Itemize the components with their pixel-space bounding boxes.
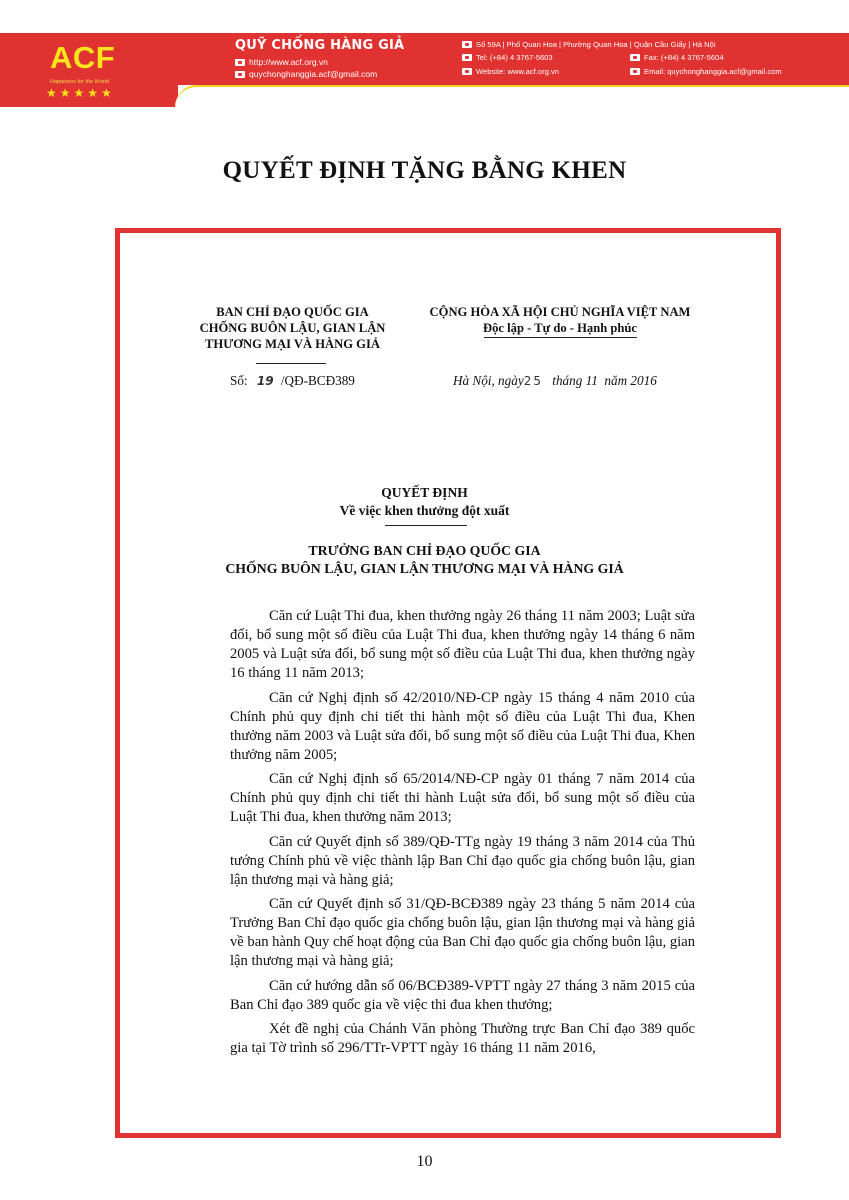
legal-basis-paragraph: Căn cứ Luật Thi đua, khen thưởng ngày 26… <box>230 607 695 683</box>
document-number: Số: 19 /QĐ-BCĐ389 <box>230 373 355 389</box>
address-text: Số 59A | Phố Quan Hoa | Phường Quan Hoa … <box>476 40 716 49</box>
banner-curve-cutout <box>175 85 849 107</box>
legal-basis-paragraph: Căn cứ Quyết định số 31/QĐ-BCĐ389 ngày 2… <box>230 895 695 971</box>
motto-underline <box>484 337 637 338</box>
legal-basis-paragraph: Căn cứ Quyết định số 389/QĐ-TTg ngày 19 … <box>230 833 695 890</box>
web-icon <box>235 59 245 66</box>
date-rest: tháng 11 năm 2016 <box>552 373 657 388</box>
page-number: 10 <box>0 1153 849 1171</box>
legal-basis-paragraph: Căn cứ Nghị định số 65/2014/NĐ-CP ngày 0… <box>230 770 695 827</box>
header-website-line: http://www.acf.org.vn <box>235 57 328 67</box>
header-email[interactable]: quychonghanggia.acf@gmail.com <box>249 69 377 79</box>
home-icon <box>462 41 472 48</box>
legal-basis-paragraph: Xét đề nghị của Chánh Văn phòng Thường t… <box>230 1020 695 1058</box>
issuer-line: THƯƠNG MẠI VÀ HÀNG GIẢ <box>185 336 400 352</box>
issuing-agency: BAN CHỈ ĐẠO QUỐC GIA CHỐNG BUÔN LẬU, GIA… <box>185 304 400 352</box>
legal-basis-paragraph: Căn cứ Nghị định số 42/2010/NĐ-CP ngày 1… <box>230 689 695 765</box>
date-day-handwritten: 25 <box>524 374 543 388</box>
number-suffix: /QĐ-BCĐ389 <box>281 373 355 388</box>
fax-line: Fax: (+84) 4 3767-5604 <box>630 53 724 62</box>
star-icons: ★★★★★ <box>46 86 115 100</box>
date-prefix: Hà Nội, ngày <box>453 373 524 388</box>
tel-line: Tel: (+84) 4 3767-5603 <box>462 53 553 62</box>
fax-text: Fax: (+84) 4 3767-5604 <box>644 53 724 62</box>
email-line: Email: quychonghanggia.acf@gmail.com <box>630 67 782 76</box>
header-email-line: quychonghanggia.acf@gmail.com <box>235 69 377 79</box>
decision-authority: TRƯỞNG BAN CHỈ ĐẠO QUỐC GIA CHỐNG BUÔN L… <box>0 542 849 578</box>
mail-icon <box>235 71 245 78</box>
web-icon <box>462 68 472 75</box>
phone-icon <box>462 54 472 61</box>
page-title: QUYẾT ĐỊNH TẶNG BẰNG KHEN <box>0 157 849 185</box>
acf-logo: ACF Happiness for the World ★★★★★ <box>0 33 178 107</box>
fax-icon <box>630 54 640 61</box>
legal-basis: Căn cứ Luật Thi đua, khen thưởng ngày 26… <box>230 607 695 1064</box>
decision-heading: QUYẾT ĐỊNH Về việc khen thưởng đột xuất <box>0 484 849 520</box>
number-prefix: Số: <box>230 373 248 388</box>
logo-text: ACF <box>50 40 115 76</box>
letterhead-banner: ACF Happiness for the World ★★★★★ QUỸ CH… <box>0 33 849 107</box>
subject-underline <box>385 525 467 526</box>
issuer-underline <box>256 363 326 364</box>
authority-line: TRƯỞNG BAN CHỈ ĐẠO QUỐC GIA <box>0 542 849 560</box>
address-line: Số 59A | Phố Quan Hoa | Phường Quan Hoa … <box>462 40 716 49</box>
mail-icon <box>630 68 640 75</box>
national-motto: Độc lập - Tự do - Hạnh phúc <box>415 320 705 336</box>
email-text[interactable]: Email: quychonghanggia.acf@gmail.com <box>644 67 782 76</box>
nation-line: CỘNG HÒA XÃ HỘI CHỦ NGHĨA VIỆT NAM <box>415 304 705 320</box>
authority-line: CHỐNG BUÔN LẬU, GIAN LẬN THƯƠNG MẠI VÀ H… <box>0 560 849 578</box>
website-line: Website: www.acf.org.vn <box>462 67 559 76</box>
decision-subject: Về việc khen thưởng đột xuất <box>0 502 849 520</box>
legal-basis-paragraph: Căn cứ hướng dẫn số 06/BCĐ389-VPTT ngày … <box>230 977 695 1015</box>
logo-tagline: Happiness for the World <box>50 79 109 85</box>
tel-text: Tel: (+84) 4 3767-5603 <box>476 53 553 62</box>
issuer-line: BAN CHỈ ĐẠO QUỐC GIA <box>185 304 400 320</box>
organization-name: QUỸ CHỐNG HÀNG GIẢ <box>235 38 404 53</box>
header-website[interactable]: http://www.acf.org.vn <box>249 57 328 67</box>
website-text[interactable]: Website: www.acf.org.vn <box>476 67 559 76</box>
document-date: Hà Nội, ngày25 tháng 11 năm 2016 <box>453 373 657 389</box>
number-handwritten: 19 <box>257 374 274 388</box>
national-heading: CỘNG HÒA XÃ HỘI CHỦ NGHĨA VIỆT NAM Độc l… <box>415 304 705 336</box>
issuer-line: CHỐNG BUÔN LẬU, GIAN LẬN <box>185 320 400 336</box>
decision-title: QUYẾT ĐỊNH <box>0 484 849 502</box>
